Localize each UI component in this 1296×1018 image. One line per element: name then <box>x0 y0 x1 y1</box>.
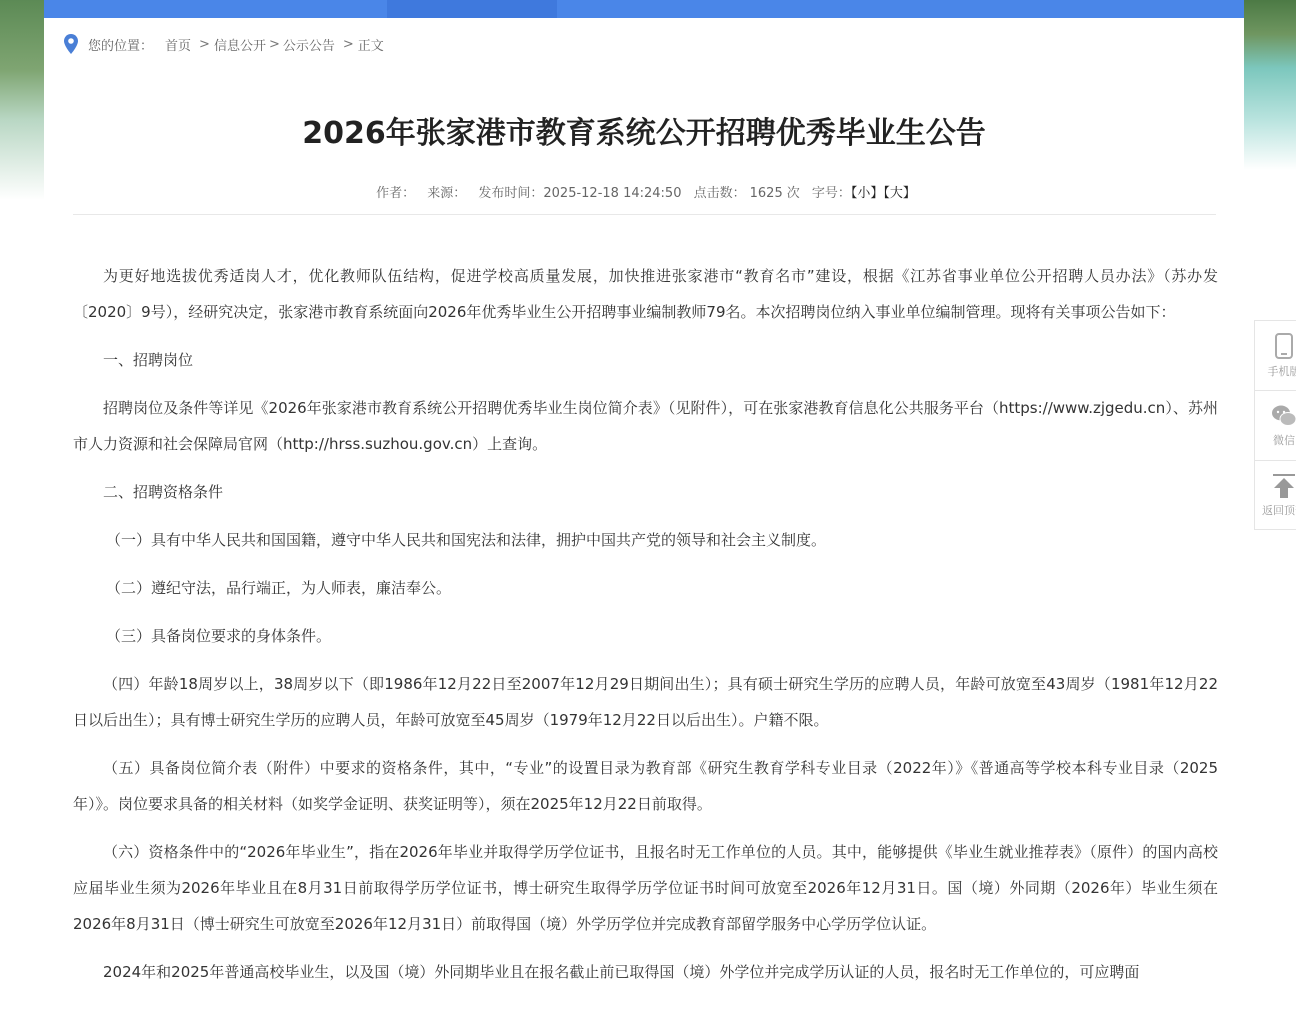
author-label: 作者： <box>376 186 415 201</box>
font-size-label: 字号： <box>812 186 851 201</box>
arrow-up-icon <box>1273 474 1295 498</box>
publish-label: 发布时间： <box>478 186 543 201</box>
nav-item-active[interactable] <box>387 0 557 18</box>
breadcrumb-separator: > <box>199 37 210 52</box>
mobile-version-label: 手机版 <box>1268 363 1296 379</box>
mobile-icon <box>1275 333 1293 359</box>
article-meta: 作者： 来源： 发布时间：2025-12-18 14:24:50 点击数：162… <box>44 182 1244 201</box>
font-small-button[interactable]: 【小】 <box>851 186 884 201</box>
click-count: 1625 <box>750 186 783 201</box>
breadcrumb-separator: > <box>343 37 354 52</box>
publish-time: 2025-12-18 14:24:50 <box>543 186 681 201</box>
graduates-paragraph: 2024年和2025年普通高校毕业生，以及国（境）外同期毕业且在报名截止前已取得… <box>73 954 1218 990</box>
breadcrumb-current: 正文 <box>358 35 384 54</box>
breadcrumb-announcements[interactable]: 公示公告 <box>283 35 335 54</box>
breadcrumb-info-public[interactable]: 信息公开 <box>214 35 266 54</box>
back-to-top-label: 返回顶部 <box>1262 502 1296 518</box>
positions-paragraph: 招聘岗位及条件等详见《2026年张家港市教育系统公开招聘优秀毕业生岗位简介表》（… <box>73 390 1218 462</box>
clicks-label: 点击数： <box>694 186 746 201</box>
top-nav-bar <box>44 0 1244 18</box>
background-scenery-right <box>1244 0 1296 170</box>
back-to-top-button[interactable]: 返回顶部 <box>1255 461 1296 531</box>
location-pin-icon <box>64 34 78 54</box>
qualification-item-5: （五）具备岗位简介表（附件）中要求的资格条件，其中，“专业”的设置目录为教育部《… <box>73 750 1218 822</box>
section-heading-qualifications: 二、招聘资格条件 <box>73 474 1218 510</box>
wechat-label: 微信 <box>1273 432 1295 448</box>
section-heading-positions: 一、招聘岗位 <box>73 342 1218 378</box>
clicks-unit: 次 <box>787 186 800 201</box>
breadcrumb-label: 您的位置： <box>88 35 153 54</box>
qualification-item-6: （六）资格条件中的“2026年毕业生”，指在2026年毕业并取得学历学位证书，且… <box>73 834 1218 942</box>
qualification-item-3: （三）具备岗位要求的身体条件。 <box>73 618 1218 654</box>
qualification-item-2: （二）遵纪守法，品行端正，为人师表，廉洁奉公。 <box>73 570 1218 606</box>
breadcrumb-separator: > <box>269 37 280 52</box>
qualification-item-1: （一）具有中华人民共和国国籍，遵守中华人民共和国宪法和法律，拥护中国共产党的领导… <box>73 522 1218 558</box>
intro-paragraph: 为更好地选拔优秀适岗人才，优化教师队伍结构，促进学校高质量发展，加快推进张家港市… <box>73 258 1218 330</box>
qualification-item-4: （四）年龄18周岁以上，38周岁以下（即1986年12月22日至2007年12月… <box>73 666 1218 738</box>
wechat-button[interactable]: 微信 <box>1255 391 1296 461</box>
mobile-version-button[interactable]: 手机版 <box>1255 321 1296 391</box>
title-divider <box>73 214 1216 215</box>
breadcrumb: 您的位置： 首页 > 信息公开 > 公示公告 > 正文 <box>64 32 384 56</box>
floating-side-panel: 手机版 微信 返回顶部 <box>1254 320 1296 530</box>
source-label: 来源： <box>427 186 466 201</box>
font-large-button[interactable]: 【大】 <box>883 186 916 201</box>
breadcrumb-home[interactable]: 首页 <box>165 35 191 54</box>
main-container: 您的位置： 首页 > 信息公开 > 公示公告 > 正文 2026年张家港市教育系… <box>44 0 1244 1018</box>
wechat-icon <box>1271 404 1296 428</box>
article-body: 为更好地选拔优秀适岗人才，优化教师队伍结构，促进学校高质量发展，加快推进张家港市… <box>73 258 1218 1002</box>
background-scenery-left <box>0 0 44 200</box>
article-title: 2026年张家港市教育系统公开招聘优秀毕业生公告 <box>44 108 1244 152</box>
